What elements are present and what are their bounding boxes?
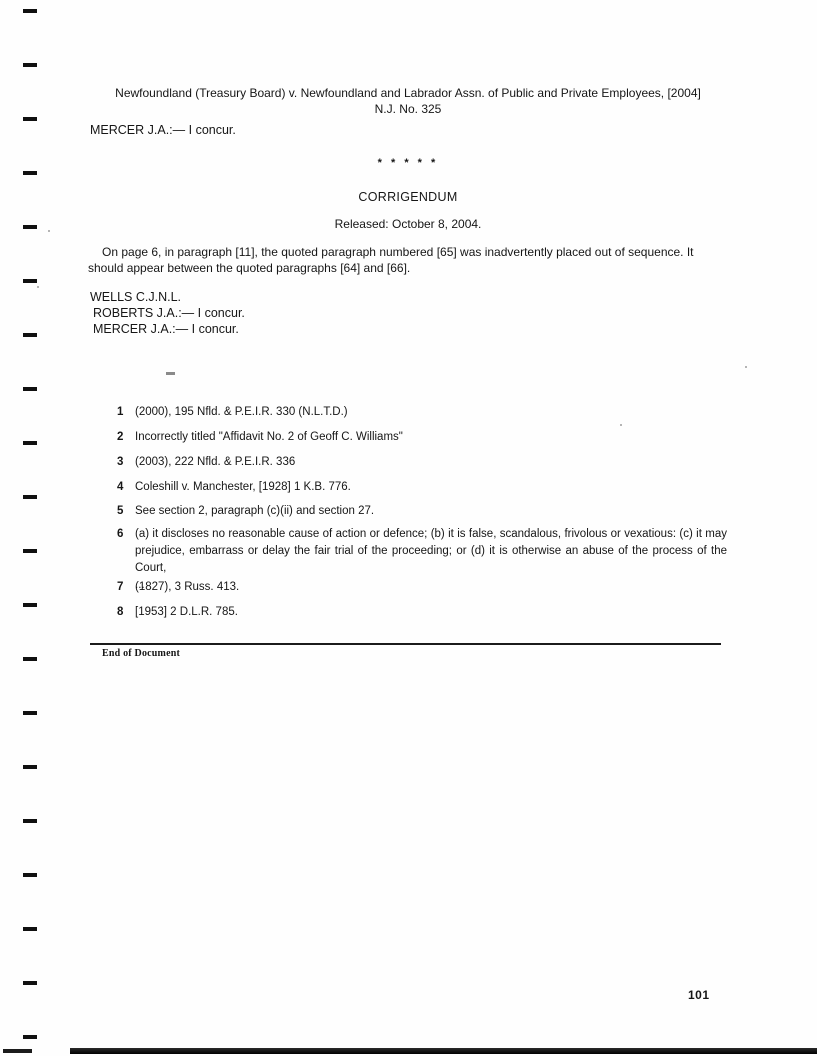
footnote-text: Incorrectly titled "Affidavit No. 2 of G… [135,429,403,446]
released-date-line: Released: October 8, 2004. [88,217,728,231]
footnote-row: 7(1827), 3 Russ. 413. [117,579,239,596]
footnote-number: 8 [117,604,135,621]
scan-speck [48,230,50,232]
corrigendum-heading: CORRIGENDUM [88,190,728,204]
footnote-number: 2 [117,429,135,446]
footnote-row: 4Coleshill v. Manchester, [1928] 1 K.B. … [117,479,351,496]
signature-wells: WELLS C.J.N.L. [90,289,245,305]
footnote-number: 3 [117,454,135,471]
signature-roberts: ROBERTS J.A.:— I concur. [90,305,245,321]
end-of-document-label: End of Document [102,648,180,659]
footnote-number: 6 [117,526,135,543]
end-of-document-rule [90,643,721,645]
scan-edge-bar [70,1048,817,1054]
footnote-text: See section 2, paragraph (c)(ii) and sec… [135,503,374,520]
footnote-row: 1(2000), 195 Nfld. & P.E.I.R. 330 (N.L.T… [117,404,348,421]
case-citation: N.J. No. 325 [88,102,728,116]
footnote-text: (2003), 222 Nfld. & P.E.I.R. 336 [135,454,295,471]
concur-line-top: MERCER J.A.:— I concur. [90,123,236,137]
page-number: 101 [688,988,710,1002]
signature-mercer: MERCER J.A.:— I concur. [90,321,245,337]
footnote-text: [1953] 2 D.L.R. 785. [135,604,238,621]
footnote-text: Coleshill v. Manchester, [1928] 1 K.B. 7… [135,479,351,496]
scan-speck [620,424,622,426]
case-title: Newfoundland (Treasury Board) v. Newfoun… [88,85,728,101]
section-break-stars: * * * * * [88,157,728,169]
scan-artifact-dash [166,372,175,375]
scan-speck [745,366,747,368]
scanned-document-page: Newfoundland (Treasury Board) v. Newfoun… [0,0,817,1056]
signature-block: WELLS C.J.N.L. ROBERTS J.A.:— I concur. … [90,289,245,337]
footnote-row: 2Incorrectly titled "Affidavit No. 2 of … [117,429,403,446]
footnote-row: 8[1953] 2 D.L.R. 785. [117,604,238,621]
footnote-row: 5See section 2, paragraph (c)(ii) and se… [117,503,374,520]
footnote-text: (1827), 3 Russ. 413. [135,579,239,596]
scan-edge-bar-left [3,1049,32,1053]
footnote-number: 1 [117,404,135,421]
binding-marks [23,9,37,1040]
footnote-number: 5 [117,503,135,520]
footnote-text: (2000), 195 Nfld. & P.E.I.R. 330 (N.L.T.… [135,404,348,421]
footnote-number: 7 [117,579,135,596]
footnote-row: 3(2003), 222 Nfld. & P.E.I.R. 336 [117,454,295,471]
scan-speck [37,286,39,288]
corrigendum-paragraph: On page 6, in paragraph [11], the quoted… [88,244,729,276]
footnote-number: 4 [117,479,135,496]
